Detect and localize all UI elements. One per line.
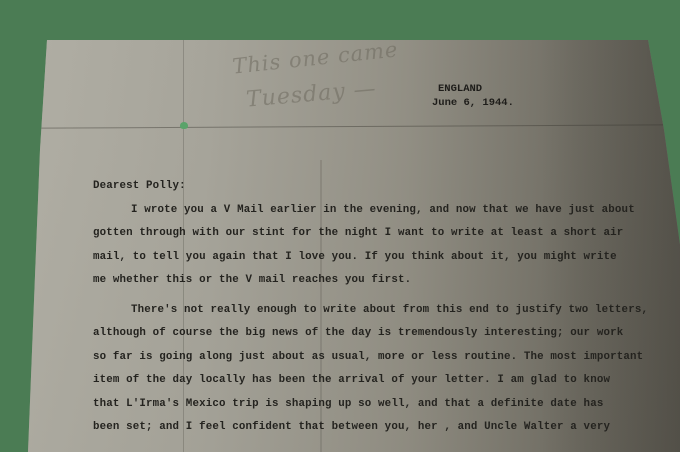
paragraph-1: I wrote you a V Mail earlier in the even… (93, 199, 668, 293)
letter-paper: This one came Tuesday — ENGLAND June 6, … (0, 0, 680, 452)
handwritten-note-line2: Tuesday — (245, 76, 377, 112)
text-line: me whether this or the V mail reaches yo… (93, 269, 668, 293)
letter-date: June 6, 1944. (432, 97, 514, 109)
horizontal-fold-crease (40, 124, 680, 128)
text-line: gotten through with our stint for the ni… (93, 222, 668, 246)
salutation: Dearest Polly: (93, 175, 668, 199)
text-line: I wrote you a V Mail earlier in the even… (93, 199, 668, 223)
letter-body: Dearest Polly: I wrote you a V Mail earl… (93, 175, 668, 440)
text-line: that L'Irma's Mexico trip is shaping up … (93, 393, 668, 417)
handwritten-note-line1: This one came (231, 37, 399, 78)
text-line: been set; and I feel confident that betw… (93, 416, 668, 440)
text-line: There's not really enough to write about… (93, 299, 668, 323)
text-line: although of course the big news of the d… (93, 322, 668, 346)
paragraph-2: There's not really enough to write about… (93, 299, 668, 440)
text-line: mail, to tell you again that I love you.… (93, 246, 668, 270)
text-line: so far is going along just about as usua… (93, 346, 668, 370)
letter-place: ENGLAND (438, 83, 482, 95)
text-line: item of the day locally has been the arr… (93, 369, 668, 393)
pin-hole (180, 122, 188, 129)
